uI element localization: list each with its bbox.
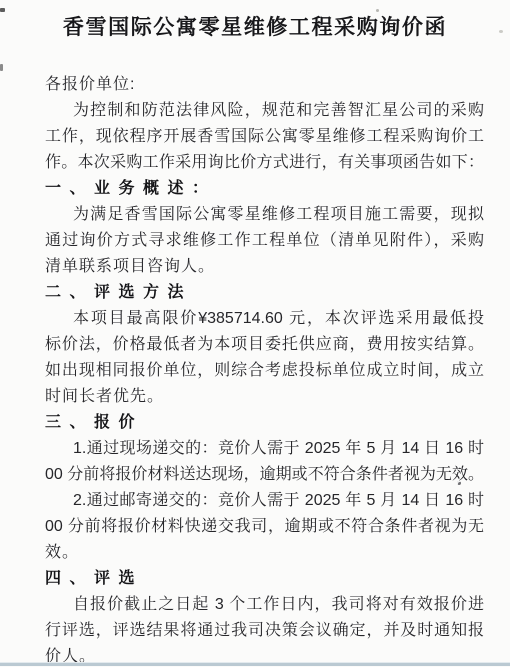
scan-artifact-mark [0, 8, 5, 12]
section-line: 本项目最高限价¥385714.60 元，本次评选采用最低投 [45, 306, 484, 332]
section-heading-evaluation: 四、评选 [45, 566, 484, 592]
section-line: 1.通过现场递交的：竞价人需于 2025 年 5 月 14 日 16 时 [45, 436, 484, 462]
section-line: 2.通过邮寄递交的：竞价人需于 2025 年 5 月 14 日 16 时 [45, 488, 484, 514]
section-line: 清单联系项目咨询人。 [45, 254, 484, 280]
section-line: 为满足香雪国际公寓零星维修工程项目施工需要，现拟 [45, 202, 484, 228]
section-line: 时间长者优先。 [45, 384, 484, 410]
scan-bottom-edge-line [0, 663, 510, 666]
section-line: 通过询价方式寻求维修工作工程单位（清单见附件），采购 [45, 228, 484, 254]
intro-line: 为控制和防范法律风险，规范和完善智汇星公司的采购 [45, 98, 484, 124]
intro-line: 工作，现依程序开展香雪国际公寓零星维修工程采购询价工 [45, 124, 484, 150]
scan-artifact-speck [499, 30, 503, 33]
intro-line: 作。本次采购工作采用询比价方式进行，有关事项函告如下： [45, 150, 484, 176]
section-line: 00 分前将报价材料送达现场，逾期或不符合条件者视为无效。 [45, 462, 484, 488]
section-line: 行评选，评选结果将通过我司决策会议确定，并及时通知报 [45, 618, 484, 644]
section-line: 如出现相同报价单位，则综合考虑投标单位成立时间，成立 [45, 358, 484, 384]
document-title: 香雪国际公寓零星维修工程采购询价函 [0, 13, 510, 43]
scan-artifact-mark [0, 64, 3, 71]
section-line: 标价法，价格最低者为本项目委托供应商，费用按实结算。 [45, 332, 484, 358]
section-heading-quotation: 三、报价 [45, 410, 484, 436]
scan-artifact-speck [457, 481, 461, 485]
document-body: 各报价单位: 为控制和防范法律风险，规范和完善智汇星公司的采购 工作，现依程序开… [45, 72, 484, 667]
scanned-document-page: 香雪国际公寓零星维修工程采购询价函 各报价单位: 为控制和防范法律风险，规范和完… [0, 0, 510, 667]
scan-artifact-speck [376, 9, 379, 12]
section-heading-selection-method: 二、评选方法 [45, 280, 484, 306]
section-line: 00 分前将报价材料快递交我司，逾期或不符合条件者视为无 [45, 514, 484, 540]
section-heading-business-overview: 一、业务概述： [45, 176, 484, 202]
section-line: 自报价截止之日起 3 个工作日内，我司将对有效报价进 [45, 592, 484, 618]
section-line: 效。 [45, 540, 484, 566]
salutation-line: 各报价单位: [45, 72, 484, 98]
